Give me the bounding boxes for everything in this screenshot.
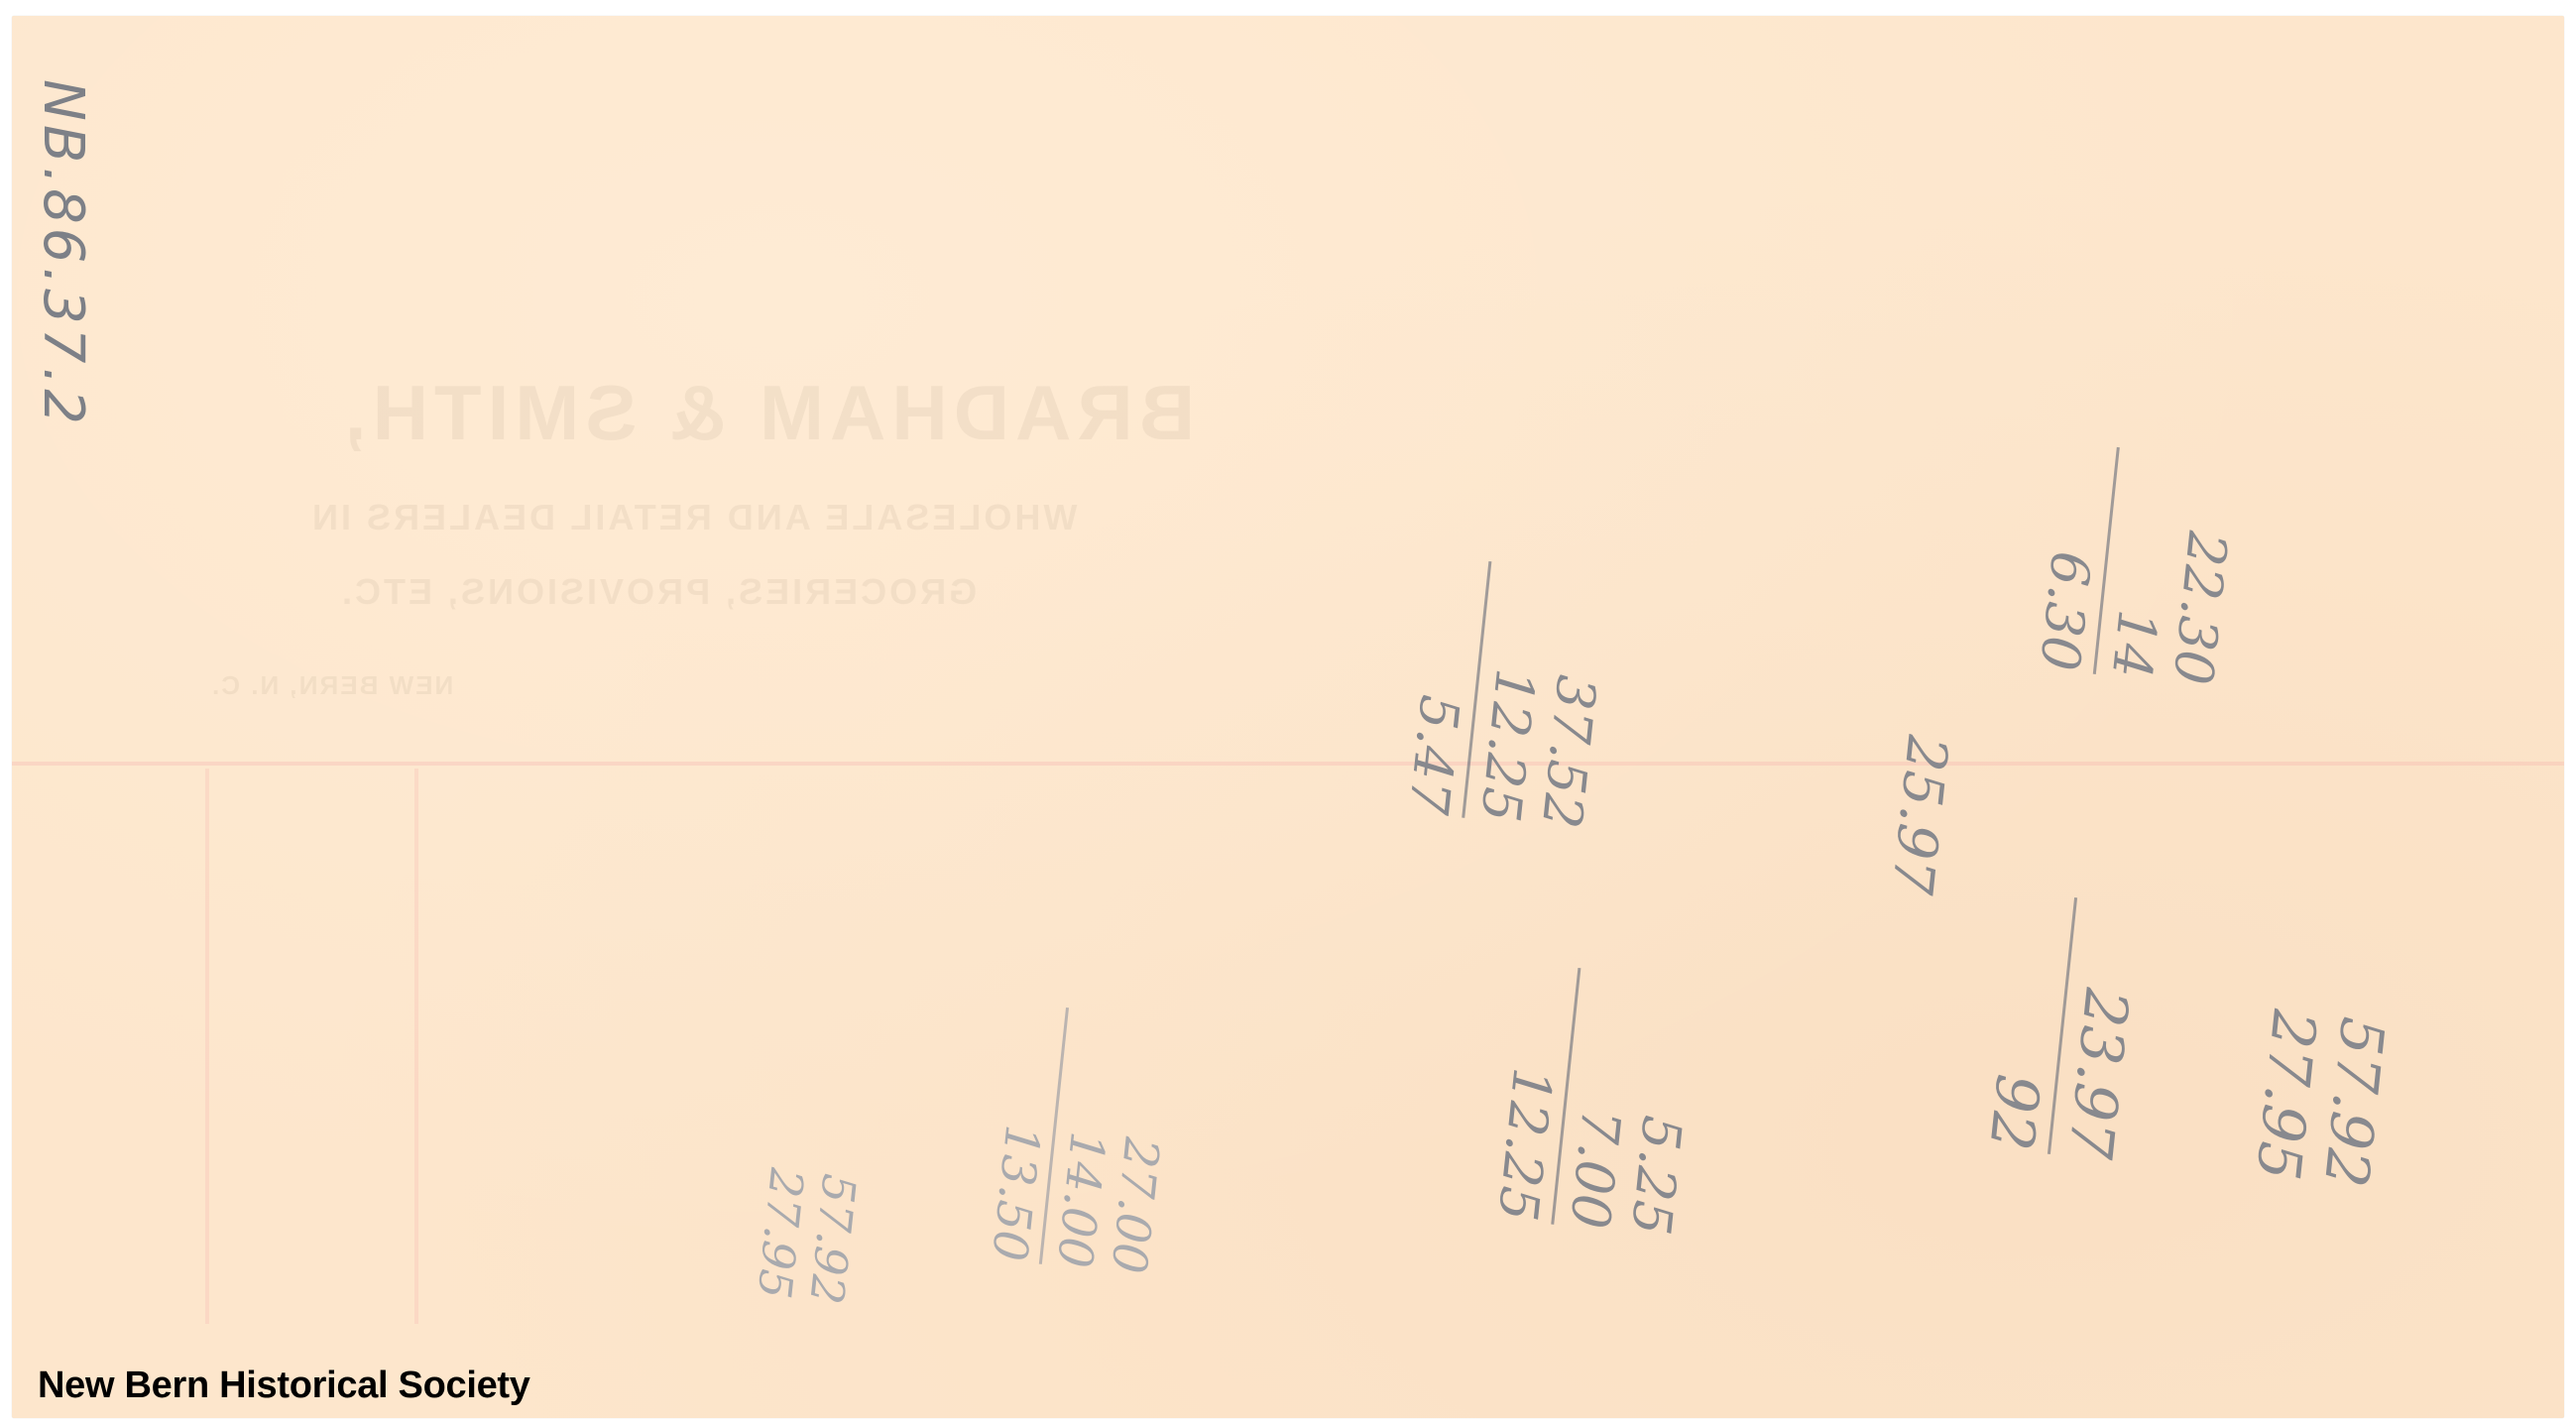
pencil-calculation-g: 27.00 14.00 13.50 (981, 1002, 1182, 1276)
bleed-through-title: BRADHAM & SMITH, (339, 368, 1195, 458)
pencil-calculation-a: 22.30 14 6.30 (2028, 440, 2246, 687)
bleed-through-line-3: NEW BERN, N. C. (210, 670, 453, 701)
ruled-line-vertical-2 (414, 769, 418, 1324)
footer-credit: New Bern Historical Society (38, 1365, 530, 1407)
pencil-calculation-f: 5.25 7.00 12.25 (1485, 961, 1706, 1238)
accession-number: NB.86.37.2 (31, 79, 95, 428)
document-paper: BRADHAM & SMITH, WHOLESALE AND RETAIL DE… (12, 16, 2564, 1418)
pencil-calculation-e: 37.52 12.25 5.47 (1396, 554, 1617, 831)
pencil-calculation-c: 57.92 27.95 (2242, 891, 2408, 1191)
ruled-line-vertical-1 (205, 769, 209, 1324)
pencil-calculation-d: 23.97 92 (1975, 890, 2149, 1161)
bleed-through-line-1: WHOLESALE AND RETAIL DEALERS IN (309, 497, 1077, 538)
bleed-through-line-2: GROCERIES, PROVISIONS, ETC. (339, 571, 977, 613)
ruled-line-horizontal (12, 762, 2564, 766)
